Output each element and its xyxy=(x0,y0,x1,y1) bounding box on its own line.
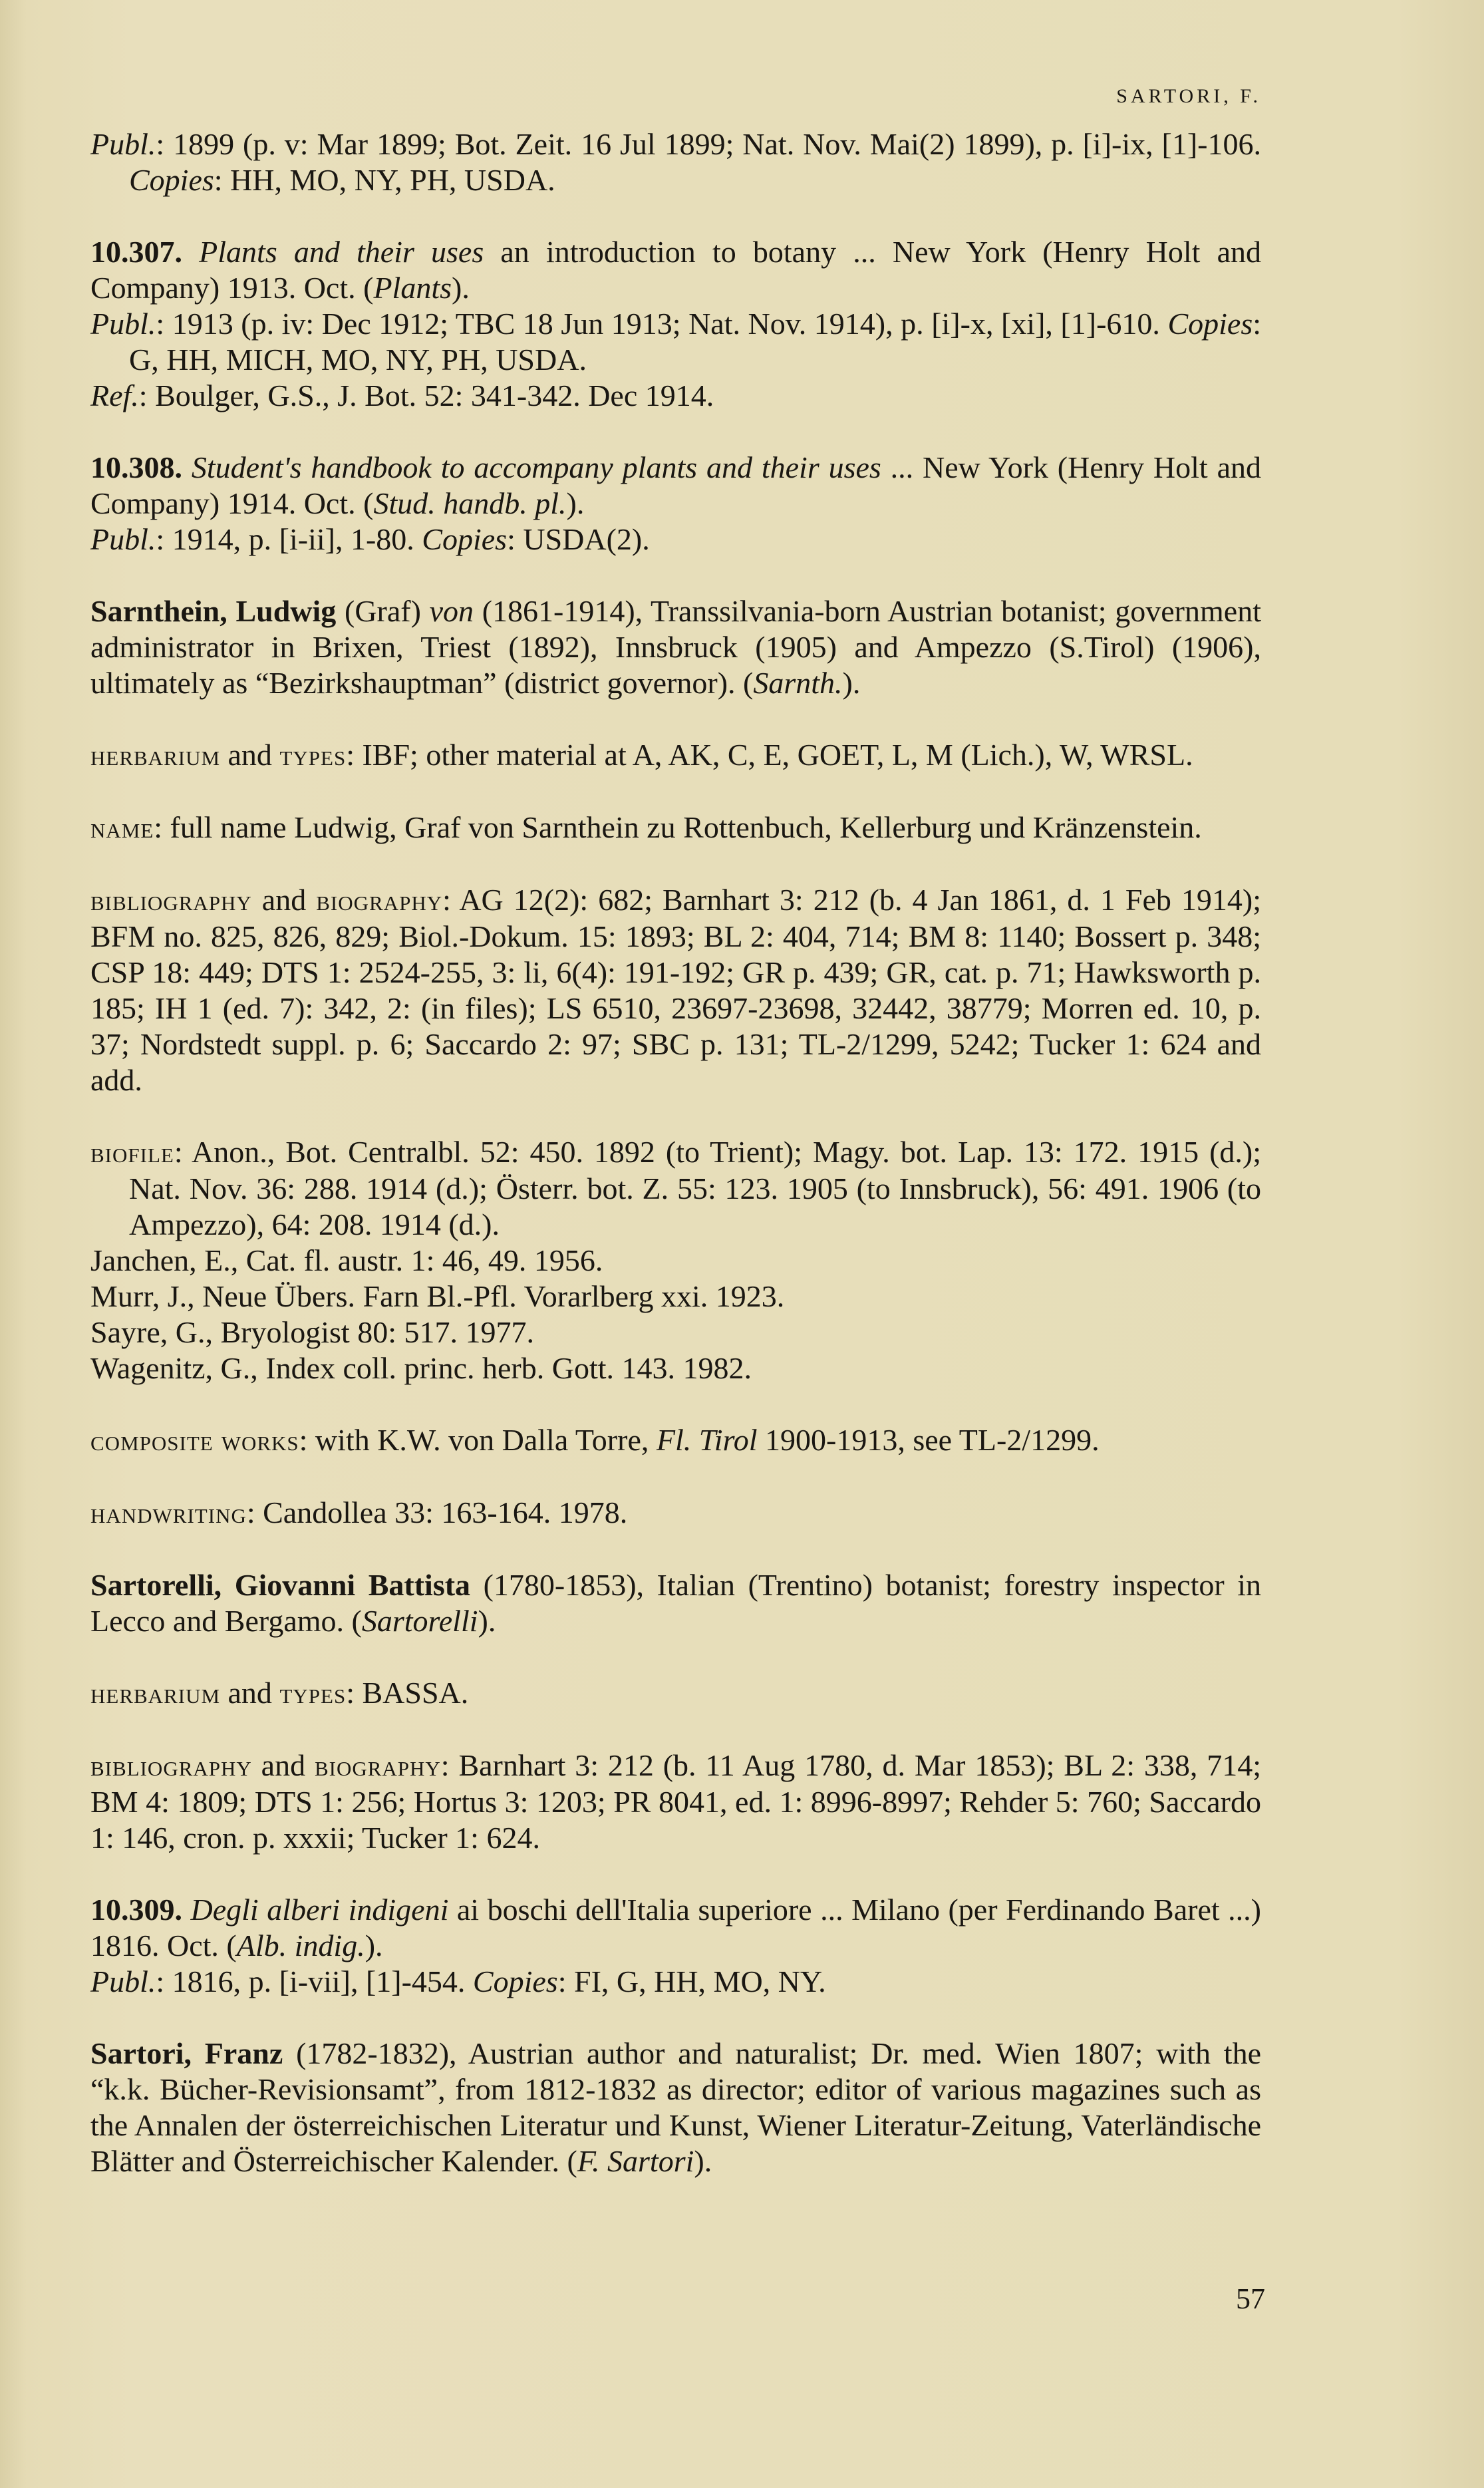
publ-label: Publ. xyxy=(90,127,156,161)
entry-title: Plants and their uses xyxy=(199,235,484,269)
entry-number: 10.309. xyxy=(90,1893,182,1927)
author-name: Sartori, Franz xyxy=(90,2036,283,2070)
entry-title: Student's handbook to accompany plants a… xyxy=(192,450,881,484)
biofile-ref: Sayre, G., Bryologist 80: 517. 1977. xyxy=(90,1315,1261,1350)
sartorelli-herbarium: herbarium and types: BASSA. xyxy=(90,1675,1261,1712)
author-name: Sarnthein, Ludwig xyxy=(90,594,336,628)
sarnthein-name: name: full name Ludwig, Graf von Sarnthe… xyxy=(90,810,1261,846)
entry-10307: 10.307. Plants and their uses an introdu… xyxy=(90,234,1261,414)
entry-title: Degli alberi indigeni xyxy=(191,1893,449,1927)
sarnthein-composite-works: composite works: with K.W. von Dalla Tor… xyxy=(90,1422,1261,1459)
running-head: SARTORI, F. xyxy=(1116,85,1261,108)
biofile-ref: Janchen, E., Cat. fl. austr. 1: 46, 49. … xyxy=(90,1243,1261,1279)
page-number: 57 xyxy=(1236,2282,1265,2316)
page-content: Publ.: 1899 (p. v: Mar 1899; Bot. Zeit. … xyxy=(90,126,1261,2215)
sarnthein-bibliography: bibliography and biography: AG 12(2): 68… xyxy=(90,882,1261,1098)
sartorelli-bibliography: bibliography and biography: Barnhart 3: … xyxy=(90,1748,1261,1856)
sarnthein-biofile: biofile: Anon., Bot. Centralbl. 52: 450.… xyxy=(90,1134,1261,1386)
sarnthein-handwriting: handwriting: Candollea 33: 163-164. 1978… xyxy=(90,1495,1261,1531)
author-name: Sartorelli, Giovanni Battista xyxy=(90,1568,470,1602)
sarnthein-herbarium: herbarium and types: IBF; other material… xyxy=(90,737,1261,774)
entry-10308: 10.308. Student's handbook to accompany … xyxy=(90,450,1261,557)
author-sarnthein: Sarnthein, Ludwig (Graf) von (1861-1914)… xyxy=(90,593,1261,701)
entry-number: 10.307. xyxy=(90,235,182,269)
author-sartorelli: Sartorelli, Giovanni Battista (1780-1853… xyxy=(90,1567,1261,1639)
copies-label: Copies xyxy=(129,163,214,197)
biofile-ref: Murr, J., Neue Übers. Farn Bl.-Pfl. Vora… xyxy=(90,1279,1261,1315)
entry-10309: 10.309. Degli alberi indigeni ai boschi … xyxy=(90,1892,1261,2000)
prev-entry-publication: Publ.: 1899 (p. v: Mar 1899; Bot. Zeit. … xyxy=(90,126,1261,198)
author-sartori: Sartori, Franz (1782-1832), Austrian aut… xyxy=(90,2036,1261,2179)
entry-number: 10.308. xyxy=(90,450,182,484)
biofile-ref: Wagenitz, G., Index coll. princ. herb. G… xyxy=(90,1350,1261,1386)
